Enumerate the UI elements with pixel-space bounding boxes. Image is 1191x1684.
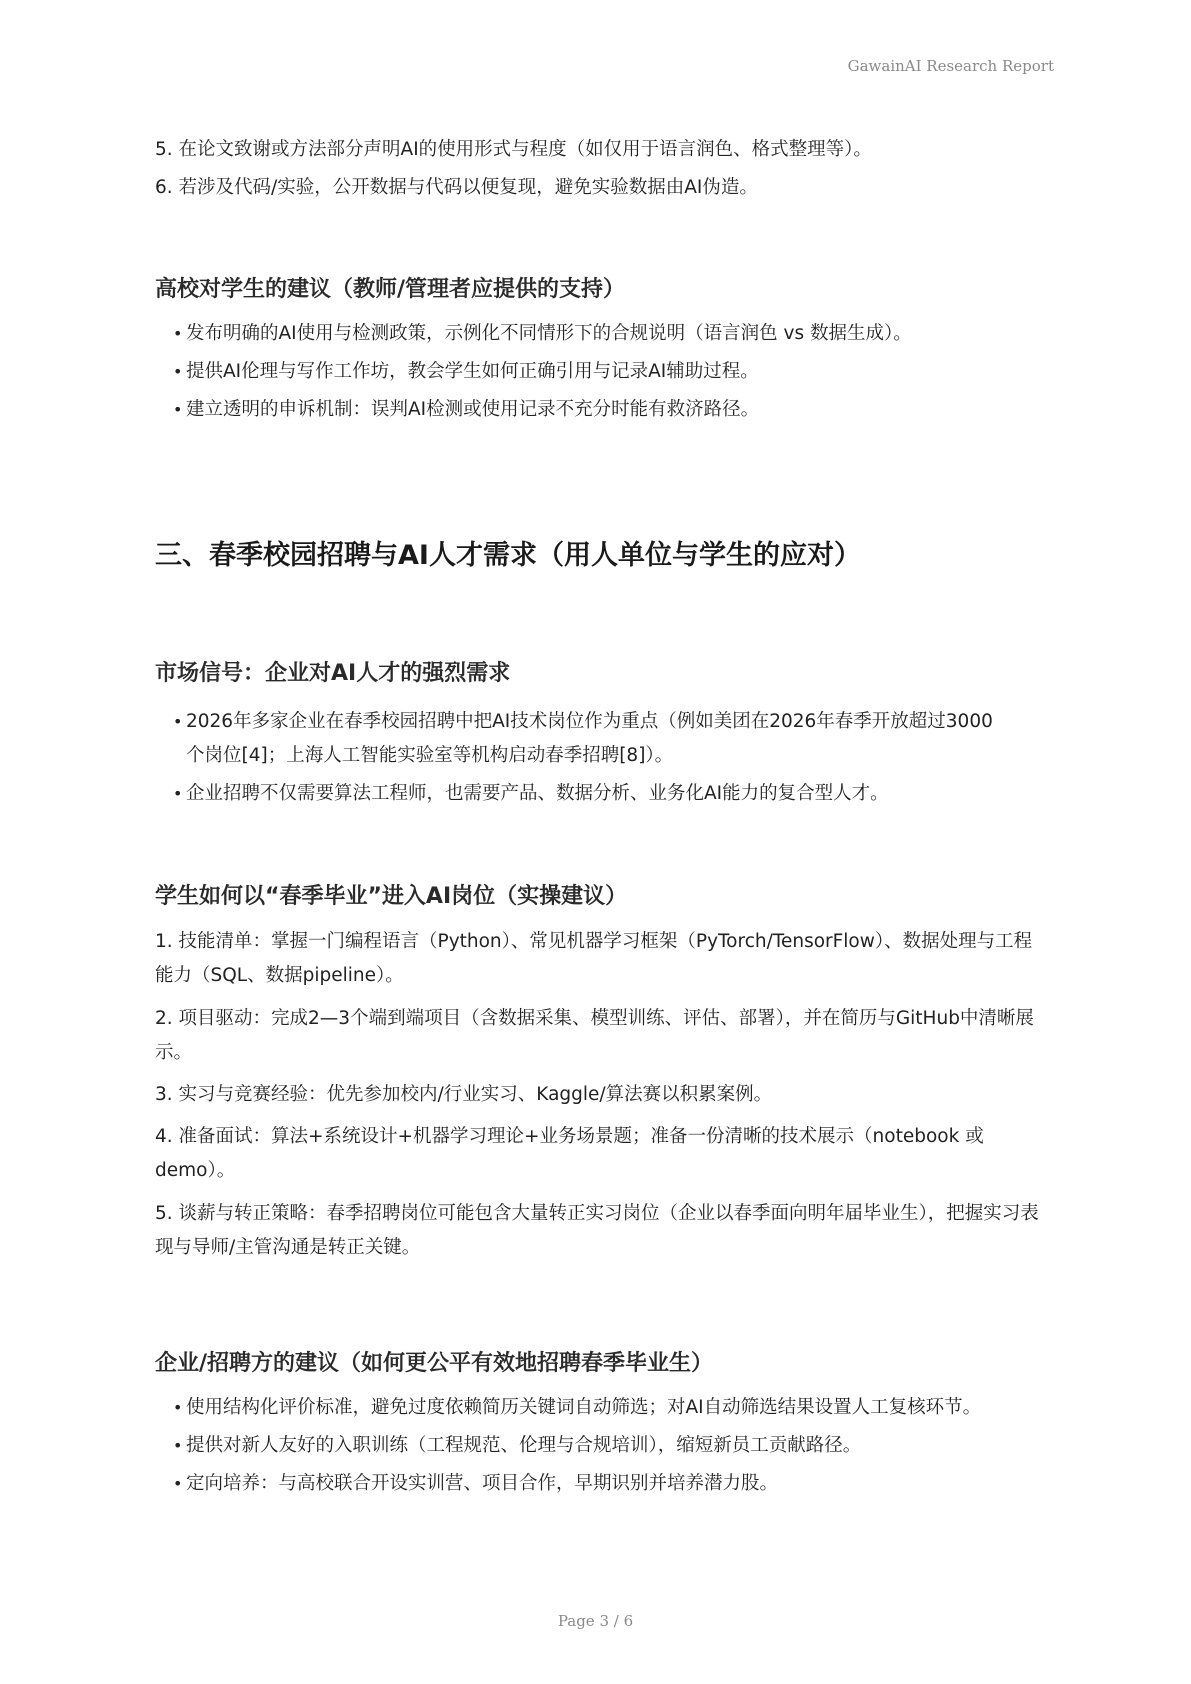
list-item: •建立透明的申诉机制：误判AI检测或使用记录不充分时能有救济路径。	[155, 393, 1035, 427]
list-item: •2026年多家企业在春季校园招聘中把AI技术岗位作为重点（例如美团在2026年…	[155, 705, 1006, 773]
list-item-6: 6. 若涉及代码/实验，公开数据与代码以便复现，避免实验数据由AI伪造。	[155, 171, 1040, 205]
list-item-2: 2. 项目驱动：完成2—3个端到端项目（含数据采集、模型训练、评估、部署），并在…	[155, 1002, 1040, 1070]
bullet-icon: •	[173, 1429, 182, 1463]
market-signal-list: •2026年多家企业在春季校园招聘中把AI技术岗位作为重点（例如美团在2026年…	[155, 705, 1035, 815]
bullet-icon: •	[173, 1467, 182, 1501]
list-item-5: 5. 在论文致谢或方法部分声明AI的使用形式与程度（如仅用于语言润色、格式整理等…	[155, 133, 1040, 167]
bullet-icon: •	[173, 355, 182, 389]
employers-advice-list: •使用结构化评价标准，避免过度依赖简历关键词自动筛选；对AI自动筛选结果设置人工…	[155, 1391, 1035, 1505]
list-item: •提供对新人友好的入职训练（工程规范、伦理与合规培训），缩短新员工贡献路径。	[155, 1429, 1035, 1463]
list-item: •使用结构化评价标准，避免过度依赖简历关键词自动筛选；对AI自动筛选结果设置人工…	[155, 1391, 1046, 1425]
university-advice-heading: 高校对学生的建议（教师/管理者应提供的支持）	[155, 274, 625, 306]
page-number: Page 3 / 6	[0, 1612, 1191, 1630]
bullet-icon: •	[173, 393, 182, 427]
university-advice-list: •发布明确的AI使用与检测政策，示例化不同情形下的合规说明（语言润色 vs 数据…	[155, 317, 1035, 431]
employers-advice-heading: 企业/招聘方的建议（如何更公平有效地招聘春季毕业生）	[155, 1348, 713, 1380]
bullet-icon: •	[173, 317, 182, 351]
bullet-icon: •	[173, 705, 182, 739]
list-item-1: 1. 技能清单：掌握一门编程语言（Python）、常见机器学习框架（PyTorc…	[155, 925, 1040, 993]
section-3-heading: 三、春季校园招聘与AI人才需求（用人单位与学生的应对）	[155, 538, 861, 574]
market-signal-heading: 市场信号：企业对AI人才的强烈需求	[155, 658, 510, 690]
list-item: •发布明确的AI使用与检测政策，示例化不同情形下的合规说明（语言润色 vs 数据…	[155, 317, 1035, 351]
list-item-3: 3. 实习与竞赛经验：优先参加校内/行业实习、Kaggle/算法赛以积累案例。	[155, 1078, 1040, 1112]
report-header: GawainAI Research Report	[848, 57, 1054, 75]
students-advice-heading: 学生如何以“春季毕业”进入AI岗位（实操建议）	[155, 881, 627, 913]
bullet-icon: •	[173, 777, 182, 811]
bullet-icon: •	[173, 1391, 182, 1425]
list-item-4: 4. 准备面试：算法+系统设计+机器学习理论+业务场景题；准备一份清晰的技术展示…	[155, 1120, 1040, 1188]
list-item-5b: 5. 谈薪与转正策略：春季招聘岗位可能包含大量转正实习岗位（企业以春季面向明年届…	[155, 1197, 1040, 1265]
list-item: •企业招聘不仅需要算法工程师，也需要产品、数据分析、业务化AI能力的复合型人才。	[155, 777, 1035, 811]
list-item: •提供AI伦理与写作工作坊，教会学生如何正确引用与记录AI辅助过程。	[155, 355, 1035, 389]
list-item: •定向培养：与高校联合开设实训营、项目合作，早期识别并培养潜力股。	[155, 1467, 1035, 1501]
